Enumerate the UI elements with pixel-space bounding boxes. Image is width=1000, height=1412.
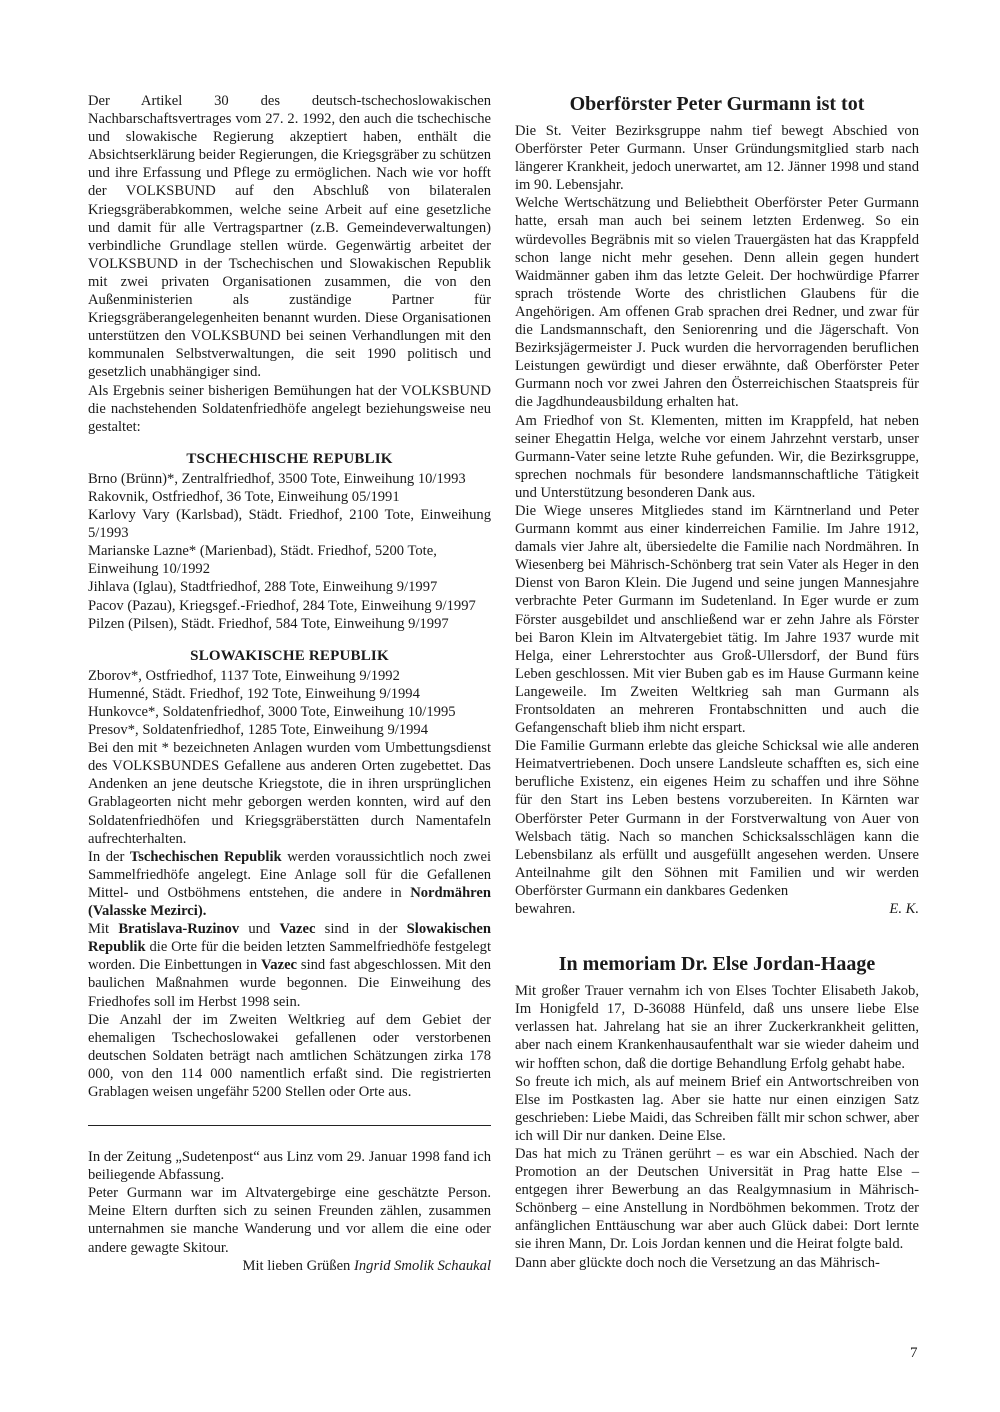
- right-column: Oberförster Peter Gurmann ist tot Die St…: [515, 92, 919, 1272]
- cemetery-entry: Humenné, Städt. Friedhof, 192 Tote, Einw…: [88, 685, 491, 703]
- article-title-jordan-haage: In memoriam Dr. Else Jordan-Haage: [515, 952, 919, 976]
- cemetery-entry: Rakovnik, Ostfriedhof, 36 Tote, Einweihu…: [88, 488, 491, 506]
- left-column: Der Artikel 30 des deutsch-tschechoslowa…: [88, 92, 491, 1275]
- closing-text: bewahren.: [515, 900, 575, 918]
- article-paragraph: Die Wiege unseres Mitgliedes stand im Kä…: [515, 502, 919, 737]
- article-paragraph: Mit großer Trauer vernahm ich von Elses …: [515, 982, 919, 1072]
- article-paragraph: So freute ich mich, als auf meinem Brief…: [515, 1073, 919, 1145]
- section-title-slovak: SLOWAKISCHE REPUBLIK: [88, 647, 491, 665]
- intro-paragraph: Der Artikel 30 des deutsch-tschechoslowa…: [88, 92, 491, 382]
- section-divider: [88, 1125, 491, 1126]
- text: In der: [88, 849, 130, 865]
- article-paragraph: Die Familie Gurmann erlebte das gleiche …: [515, 737, 919, 900]
- asterisk-note: Bei den mit * bezeichneten Anlagen wurde…: [88, 739, 491, 848]
- paragraph-slovak-plans: Mit Bratislava-Ruzinov und Vazec sind in…: [88, 920, 491, 1010]
- cemetery-entry: Jihlava (Iglau), Stadtfriedhof, 288 Tote…: [88, 578, 491, 596]
- text: sind in der: [315, 921, 406, 937]
- paragraph-casualty-count: Die Anzahl der im Zweiten Weltkrieg auf …: [88, 1011, 491, 1101]
- paragraph-czech-plans: In der Tschechischen Republik werden vor…: [88, 848, 491, 920]
- article-paragraph: Die St. Veiter Bezirksgruppe nahm tief b…: [515, 122, 919, 194]
- cemetery-entry: Brno (Brünn)*, Zentralfriedhof, 3500 Tot…: [88, 470, 491, 488]
- article-paragraph: Welche Wertschätzung und Beliebtheit Obe…: [515, 194, 919, 411]
- article-title-gurmann: Oberförster Peter Gurmann ist tot: [515, 92, 919, 116]
- letter-paragraph: Peter Gurmann war im Altvatergebirge ein…: [88, 1184, 491, 1256]
- bold-text: Vazec: [261, 957, 297, 973]
- article-paragraph: Dann aber glückte doch noch die Versetzu…: [515, 1254, 919, 1272]
- bold-text: Bratislava-Ruzinov: [118, 921, 239, 937]
- signature-name: Ingrid Smolik Schaukal: [354, 1258, 491, 1274]
- cemetery-entry: Hunkovce*, Soldatenfriedhof, 3000 Tote, …: [88, 703, 491, 721]
- text: und: [239, 921, 279, 937]
- article-paragraph: Das hat mich zu Tränen gerührt – es war …: [515, 1145, 919, 1254]
- cemetery-entry: Zborov*, Ostfriedhof, 1137 Tote, Einweih…: [88, 667, 491, 685]
- intro-paragraph: Als Ergebnis seiner bisherigen Bemühunge…: [88, 382, 491, 436]
- bold-text: Vazec: [280, 921, 316, 937]
- article-closing-line: bewahren. E. K.: [515, 900, 919, 918]
- cemetery-entry: Pacov (Pazau), Kriegsgef.-Friedhof, 284 …: [88, 597, 491, 615]
- page-number: 7: [910, 1345, 918, 1362]
- cemetery-entry: Karlovy Vary (Karlsbad), Städt. Friedhof…: [88, 506, 491, 542]
- signature: Mit lieben Grüßen Ingrid Smolik Schaukal: [88, 1257, 491, 1275]
- section-title-czech: TSCHECHISCHE REPUBLIK: [88, 450, 491, 468]
- letter-paragraph: In der Zeitung „Sudetenpost“ aus Linz vo…: [88, 1148, 491, 1184]
- cemetery-entry: Presov*, Soldatenfriedhof, 1285 Tote, Ei…: [88, 721, 491, 739]
- cemetery-entry: Marianske Lazne* (Marienbad), Städt. Fri…: [88, 542, 491, 578]
- cemetery-entry: Pilzen (Pilsen), Städt. Friedhof, 584 To…: [88, 615, 491, 633]
- article-paragraph: Am Friedhof von St. Klementen, mitten im…: [515, 412, 919, 502]
- text: Mit: [88, 921, 118, 937]
- signature-greeting: Mit lieben Grüßen: [243, 1258, 354, 1274]
- author-initials: E. K.: [889, 900, 919, 918]
- bold-text: Tschechischen Republik: [130, 849, 282, 865]
